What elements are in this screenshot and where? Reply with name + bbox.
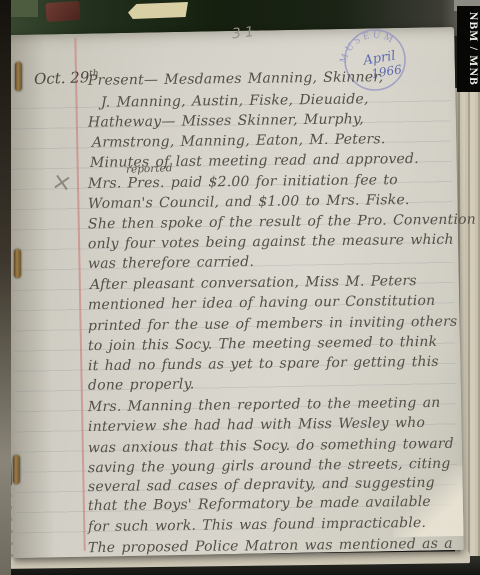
manuscript-line: Present— Mesdames Manning, Skinner, [88, 69, 384, 89]
archive-label-bar: NBM / MNB [457, 6, 480, 92]
paper-tab-scrap [128, 2, 188, 19]
manuscript-line: was therefore carried. [88, 254, 254, 273]
museum-stamp: MUSEUM April 1966 [336, 21, 414, 99]
entry-date-text: Oct. 29 [34, 68, 90, 88]
book-spine-fragment [45, 1, 80, 22]
binding-staple [15, 62, 22, 91]
book-spine-shadow [0, 0, 11, 575]
page-number: 31 [231, 24, 258, 43]
photographed-minute-book-page: 31 MUSEUM April 1966 NBM / MNB × Oct. 29… [0, 0, 480, 575]
binding-staple [13, 455, 20, 484]
manuscript-line: Armstrong, Manning, Eaton, M. Peters. [92, 131, 386, 151]
manuscript-line: Hatheway— Misses Skinner, Murphy, [88, 111, 364, 131]
manuscript-line: J. Manning, Austin, Fiske, Dieuaide, [101, 91, 369, 111]
binding-staple [14, 249, 21, 278]
manuscript-line: done properly. [88, 376, 195, 394]
archive-label-text: NBM / MNB [467, 8, 479, 90]
